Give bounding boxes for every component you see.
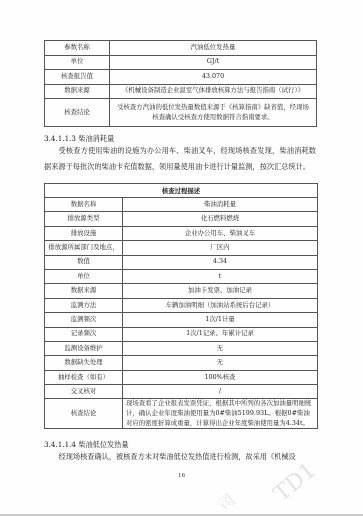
row-label: 参数名称 [45, 41, 110, 56]
table-row: 抽样检查（如有）100%核查 [45, 370, 318, 384]
table-row: 数据来源加油卡发票、加油记录 [45, 284, 318, 298]
row-value: 企业办公用车、柴油叉车 [123, 226, 318, 240]
row-value: 1次/1记录、年累计记录 [123, 327, 318, 341]
table-row: 单位 GJ/t [45, 55, 317, 70]
table-row: 参数名称 汽油低位发热量 [45, 41, 317, 56]
table-header-row: 核查过程描述 [45, 184, 318, 198]
parameter-table-gasoline-ncv: 参数名称 汽油低位发热量 单位 GJ/t 核查报告值 43.070 数据来源 《… [44, 40, 317, 127]
row-value: / [123, 385, 318, 399]
section-paragraph-diesel-ncv: 经现场核查确认，被核查方未对柴油低位发热值进行检测，故采用《机械设 [44, 449, 316, 465]
row-label: 监测频次 [45, 313, 123, 327]
row-label: 单位 [45, 269, 123, 283]
row-label: 单位 [45, 55, 110, 70]
row-label: 数据来源 [45, 84, 110, 99]
table-row: 排放设施企业办公用车、柴油叉车 [45, 226, 318, 240]
row-value: 汽油低位发热量 [110, 41, 317, 56]
row-value: 柴油消耗量 [123, 198, 318, 212]
row-label: 排放源所属部门及地点， [45, 241, 123, 255]
table-header: 核查过程描述 [45, 184, 318, 198]
table-row: 排放源类型化石燃料燃烧 [45, 212, 318, 226]
watermark-text-secondary: 司 [212, 488, 239, 516]
row-value: 加油卡发票、加油记录 [123, 284, 318, 298]
row-label: 记录频次 [45, 327, 123, 341]
table-row: 监测方法车辆加油明细（加油站系统后台记录） [45, 298, 318, 312]
row-label: 数据来源 [45, 284, 123, 298]
row-label: 抽样检查（如有） [45, 370, 123, 384]
table-row: 数据名称柴油消耗量 [45, 198, 318, 212]
row-label: 核查结论 [45, 99, 110, 127]
row-value: 43.070 [110, 70, 317, 85]
row-label: 交叉核对 [45, 385, 123, 399]
table-row: 核查结论现场查看了企业报表发票凭证，根据其中所列的各次加油量明细统计，确认企业年… [45, 399, 318, 429]
table-row: 交叉核对/ [45, 385, 318, 399]
row-label: 监测设备维护 [45, 341, 123, 355]
row-value: 车辆加油明细（加油站系统后台记录） [123, 298, 318, 312]
table-row: 数据缺失处理无 [45, 356, 318, 370]
row-label: 排放源类型 [45, 212, 123, 226]
row-value: 受核查方汽油的低位发热量数值来源于《核算指南》缺省值，经现场核查确认受核查方使用… [110, 99, 317, 127]
row-label: 核查报告值 [45, 70, 110, 85]
table-row: 监测设备维护无 [45, 341, 318, 355]
row-label: 数据缺失处理 [45, 356, 123, 370]
row-value: 厂区内 [123, 241, 318, 255]
row-label: 监测方法 [45, 298, 123, 312]
table-row: 数值4.34 [45, 255, 318, 269]
table-row: 监测频次1次/1计量 [45, 313, 318, 327]
row-value: 无 [123, 356, 318, 370]
row-label: 数值 [45, 255, 123, 269]
table-row: 排放源所属部门及地点，厂区内 [45, 241, 318, 255]
table-row: 核查结论 受核查方汽油的低位发热量数值来源于《核算指南》缺省值，经现场核查确认受… [45, 99, 317, 127]
verification-process-table: 核查过程描述 数据名称柴油消耗量 排放源类型化石燃料燃烧 排放设施企业办公用车、… [44, 183, 318, 429]
row-value: 100%核查 [123, 370, 318, 384]
watermark-text: TD1 [269, 458, 321, 507]
row-value: t [123, 269, 318, 283]
document-page: 参数名称 汽油低位发热量 单位 GJ/t 核查报告值 43.070 数据来源 《… [0, 0, 363, 516]
row-value: 化石燃料燃烧 [123, 212, 318, 226]
row-value: 现场查看了企业报表发票凭证，根据其中所列的各次加油量明细统计，确认企业年度柴油使… [123, 399, 318, 429]
table-row: 记录频次1次/1记录、年累计记录 [45, 327, 318, 341]
row-label: 核查结论 [45, 399, 123, 429]
row-value: GJ/t [110, 55, 317, 70]
table-row: 数据来源 《机械设备制造企业温室气体排放核算方法与报告指南（试行）》 [45, 84, 317, 99]
row-value: 无 [123, 341, 318, 355]
row-value: 4.34 [123, 255, 318, 269]
row-value: 1次/1计量 [123, 313, 318, 327]
row-label: 排放设施 [45, 226, 123, 240]
table-row: 单位t [45, 269, 318, 283]
row-value: 《机械设备制造企业温室气体排放核算方法与报告指南（试行）》 [110, 84, 317, 99]
row-label: 数据名称 [45, 198, 123, 212]
section-paragraph-diesel-consumption: 受核查方使用柴油的设施为办公用车、柴油叉车，经现场核查发现，柴油消耗数据来源于每… [44, 143, 316, 175]
table-row: 核查报告值 43.070 [45, 70, 317, 85]
